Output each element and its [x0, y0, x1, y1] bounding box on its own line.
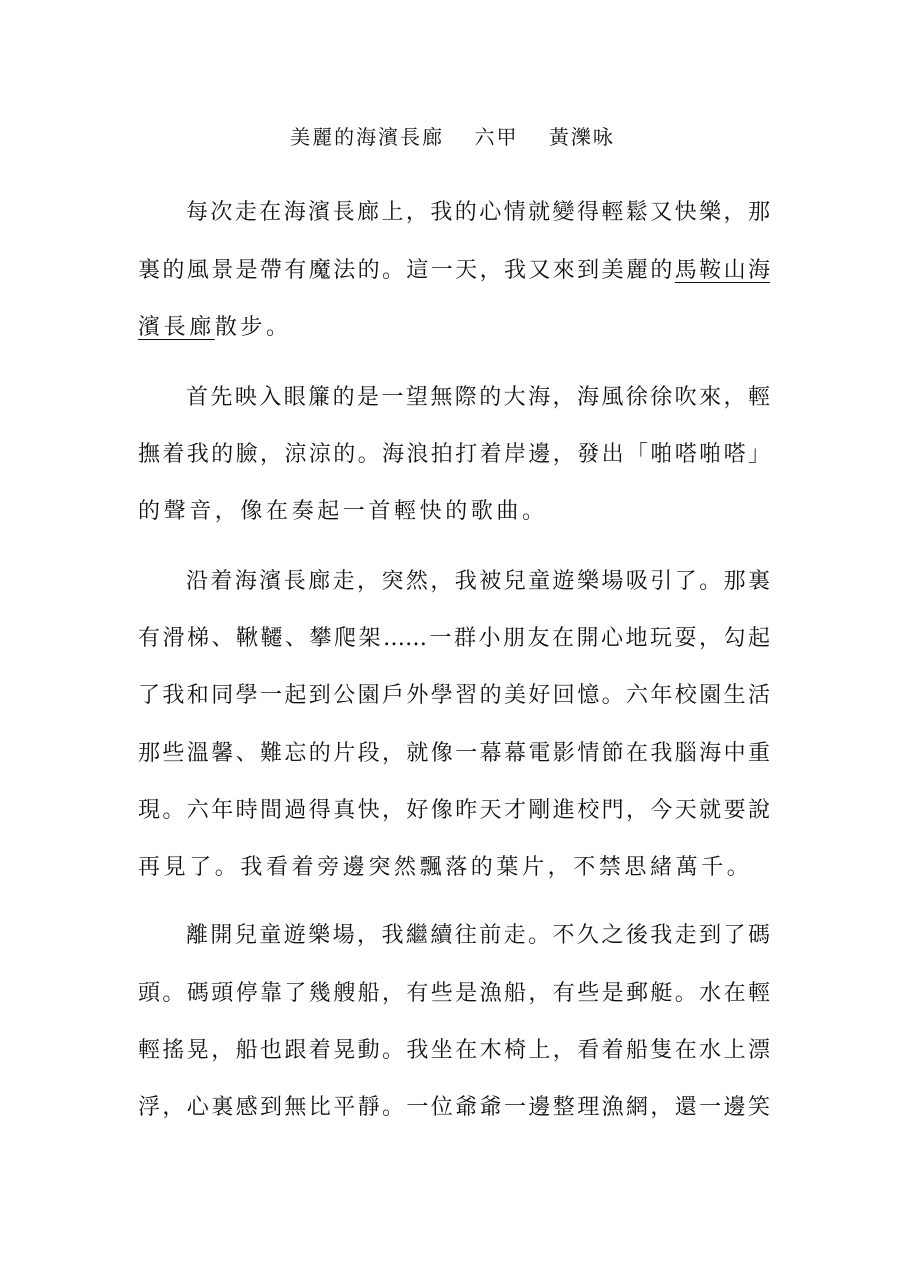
paragraph-1-line-2: 裏的風景是帶有魔法的。這一天，我又來到美麗的馬鞍山海 — [138, 256, 770, 286]
paragraph-2-line-1: 首先映入眼簾的是一望無際的大海，海風徐徐吹來，輕 — [186, 383, 770, 413]
paragraph-2-line-2: 撫着我的臉，涼涼的。海浪拍打着岸邊，發出「啪嗒啪嗒」 — [138, 440, 770, 470]
paragraph-4-line-3: 輕搖晃，船也跟着晃動。我坐在木椅上，看着船隻在水上漂 — [138, 1036, 770, 1066]
paragraph-3-line-4: 那些溫馨、難忘的片段，就像一幕幕電影情節在我腦海中重 — [138, 739, 770, 769]
essay-title-line: 美麗的海濱長廊 六甲 黃濼咏 — [0, 122, 905, 152]
paragraph-4-line-1: 離開兒童遊樂場，我繼續往前走。不久之後我走到了碼 — [186, 921, 770, 951]
paragraph-4-line-2: 頭。碼頭停靠了幾艘船，有些是漁船，有些是郵艇。水在輕 — [138, 979, 770, 1009]
place-name-underlined: 馬鞍山海 — [675, 258, 770, 283]
paragraph-1-line-3-text: 散步。 — [215, 315, 292, 340]
paragraph-3-line-5: 現。六年時間過得真快，好像昨天才剛進校門，今天就要說 — [138, 796, 770, 826]
paragraph-4-line-4: 浮，心裏感到無比平靜。一位爺爺一邊整理漁網，還一邊笑 — [138, 1093, 770, 1123]
paragraph-1-line-2-text: 裏的風景是帶有魔法的。這一天，我又來到美麗的 — [138, 258, 675, 283]
place-name-underlined-continued: 濱長廊 — [138, 315, 215, 340]
paragraph-3-line-1: 沿着海濱長廊走，突然，我被兒童遊樂場吸引了。那裏 — [186, 567, 770, 597]
paragraph-1-line-1: 每次走在海濱長廊上，我的心情就變得輕鬆又快樂，那 — [186, 198, 770, 228]
paragraph-3-line-6: 再見了。我看着旁邊突然飄落的葉片，不禁思緒萬千。 — [138, 853, 770, 883]
document-page: 美麗的海濱長廊 六甲 黃濼咏 每次走在海濱長廊上，我的心情就變得輕鬆又快樂，那 … — [0, 0, 905, 1280]
paragraph-3-line-3: 了我和同學一起到公園戶外學習的美好回憶。六年校園生活 — [138, 681, 770, 711]
paragraph-2-line-3: 的聲音，像在奏起一首輕快的歌曲。 — [138, 497, 770, 527]
paragraph-1-line-3: 濱長廊散步。 — [138, 313, 770, 343]
paragraph-3-line-2: 有滑梯、鞦韆、攀爬架……一群小朋友在開心地玩耍，勾起 — [138, 624, 770, 654]
